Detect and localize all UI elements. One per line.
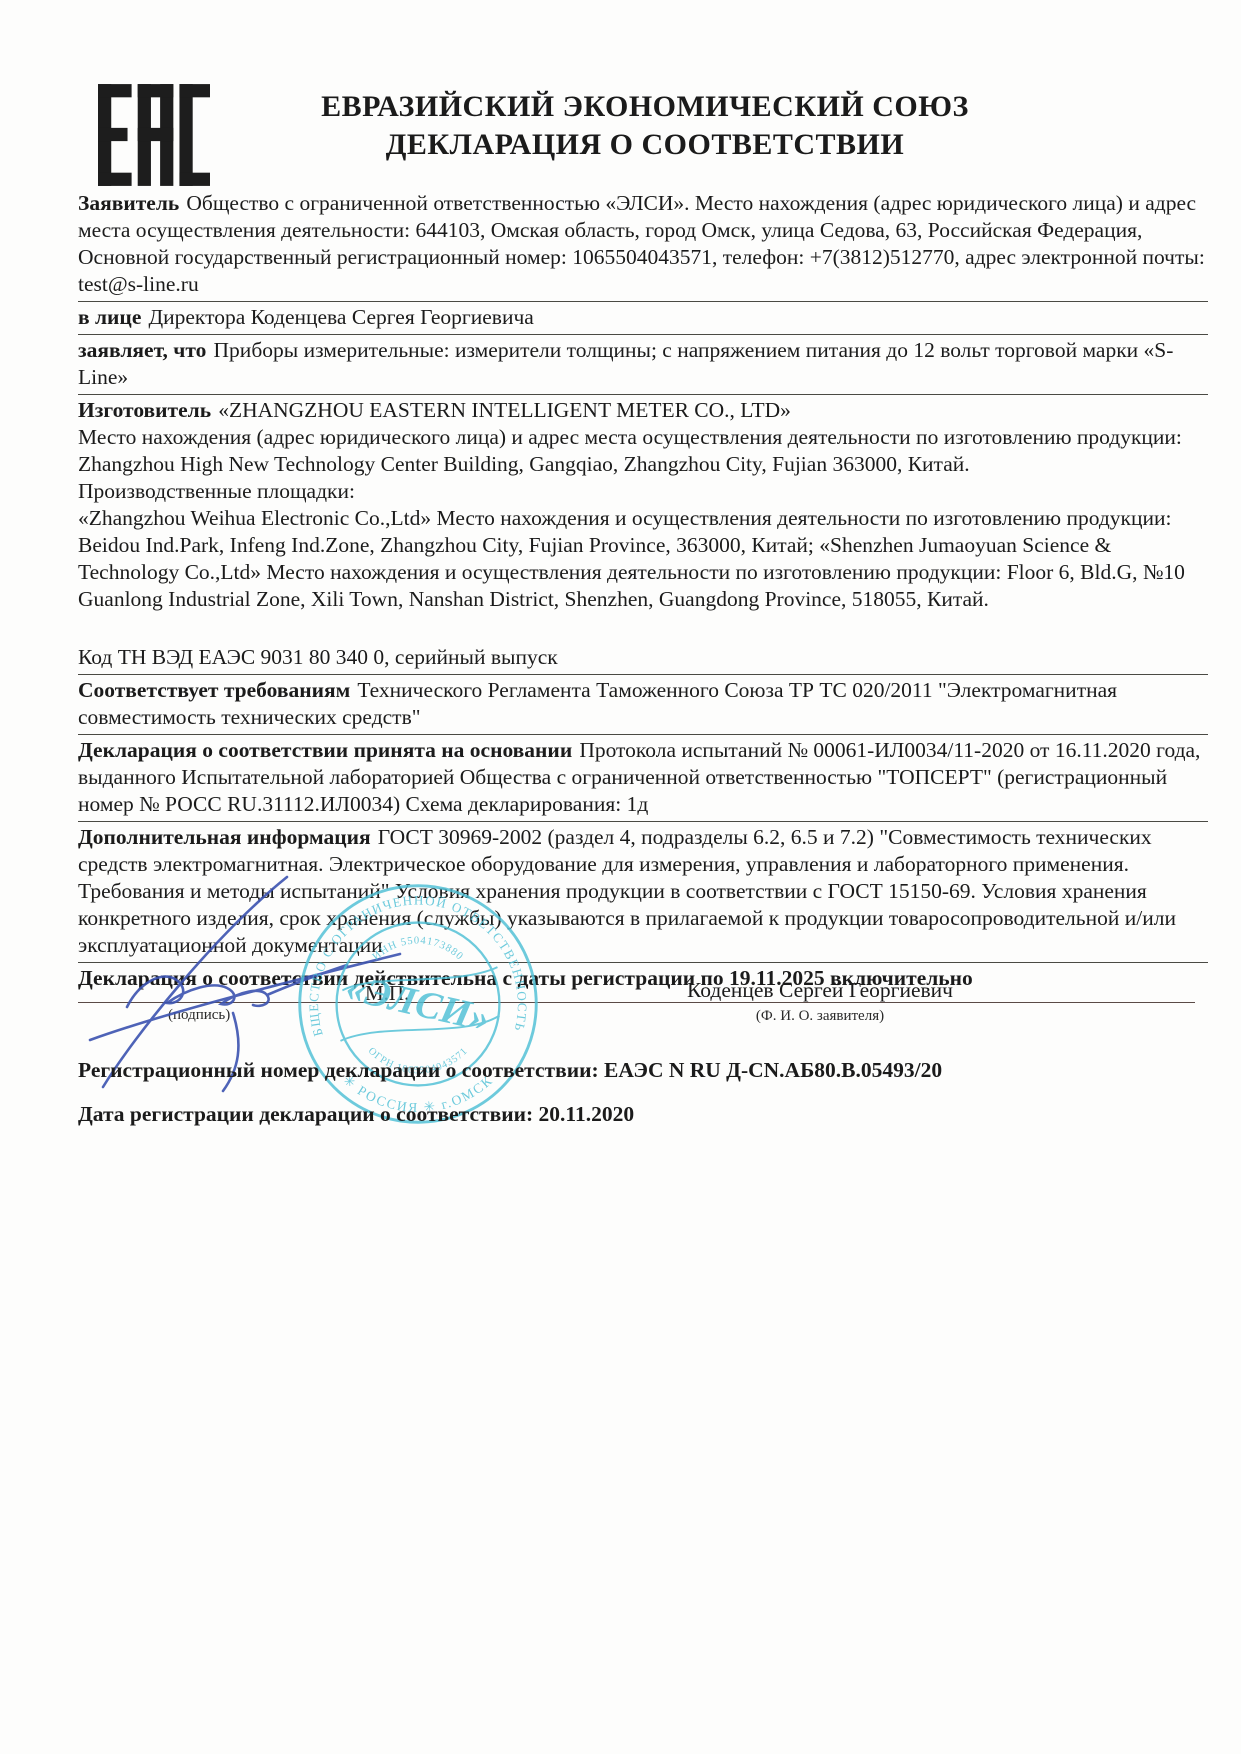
person-text: Директора Коденцева Сергея Георгиевича (148, 305, 533, 329)
applicant-text: Общество с ограниченной ответственностью… (78, 191, 1205, 296)
tnved-text: Код ТН ВЭД ЕАЭС 9031 80 340 0, серийный … (78, 645, 558, 669)
title-line-1: ЕВРАЗИЙСКИЙ ЭКОНОМИЧЕСКИЙ СОЮЗ (230, 88, 1060, 126)
stamp-inn-text: ИНН 5504173880 (371, 935, 466, 962)
company-stamp: ОБЩЕСТВО С ОГРАНИЧЕННОЙ ОТВЕТСТВЕННОСТЬЮ… (292, 878, 544, 1130)
title-line-2: ДЕКЛАРАЦИЯ О СООТВЕТСТВИИ (230, 126, 1060, 164)
manufacturer-label: Изготовитель (78, 398, 211, 422)
manufacturer-address: Место нахождения (адрес юридического лиц… (78, 424, 1208, 478)
manufacturer-section: Изготовитель«ZHANGZHOU EASTERN INTELLIGE… (78, 395, 1208, 616)
basis-section: Декларация о соответствии принята на осн… (78, 735, 1208, 822)
compliance-label: Соответствует требованиям (78, 678, 350, 702)
eac-logo-icon (98, 84, 210, 186)
applicant-fio: Коденцев Сергей Георгиевич (620, 978, 1020, 1003)
production-sites-text: «Zhangzhou Weihua Electronic Co.,Ltd» Ме… (78, 505, 1208, 613)
person-label: в лице (78, 305, 141, 329)
declaration-document: ЕВРАЗИЙСКИЙ ЭКОНОМИЧЕСКИЙ СОЮЗ ДЕКЛАРАЦИ… (0, 0, 1241, 1754)
registration-number-line: Регистрационный номер декларации о соотв… (78, 1058, 942, 1083)
declares-text: Приборы измерительные: измерители толщин… (78, 338, 1173, 389)
additional-info-label: Дополнительная информация (78, 825, 371, 849)
basis-label: Декларация о соответствии принята на осн… (78, 738, 572, 762)
tnved-section: Код ТН ВЭД ЕАЭС 9031 80 340 0, серийный … (78, 642, 1208, 675)
applicant-section: ЗаявительОбщество с ограниченной ответст… (78, 188, 1208, 302)
manufacturer-name: «ZHANGZHOU EASTERN INTELLIGENT METER CO.… (218, 398, 791, 422)
declares-label: заявляет, что (78, 338, 206, 362)
compliance-section: Соответствует требованиямТехнического Ре… (78, 675, 1208, 735)
document-title: ЕВРАЗИЙСКИЙ ЭКОНОМИЧЕСКИЙ СОЮЗ ДЕКЛАРАЦИ… (230, 88, 1060, 164)
applicant-label: Заявитель (78, 191, 179, 215)
declares-section: заявляет, чтоПриборы измерительные: изме… (78, 335, 1208, 395)
person-section: в лицеДиректора Коденцева Сергея Георгие… (78, 302, 1208, 335)
applicant-fio-caption: (Ф. И. О. заявителя) (620, 1008, 1020, 1025)
manufacturer-name-line: Изготовитель«ZHANGZHOU EASTERN INTELLIGE… (78, 398, 791, 422)
production-sites-label: Производственные площадки: (78, 478, 1208, 505)
registration-date-line: Дата регистрации декларации о соответств… (78, 1102, 634, 1127)
